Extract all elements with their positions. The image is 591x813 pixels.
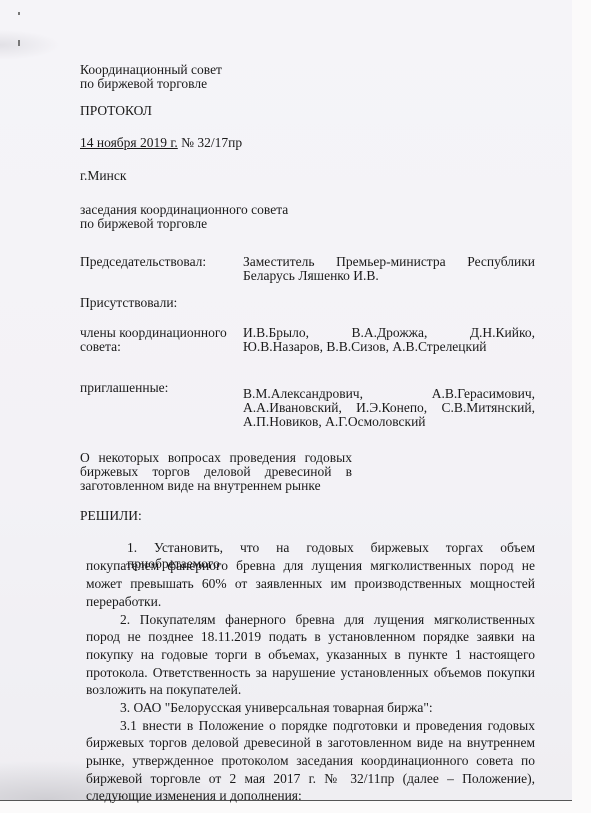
decision-line: протокола. Ответственность за нарушение … bbox=[86, 665, 535, 681]
topic-line3: заготовленном виде на внутреннем рынке bbox=[80, 478, 321, 494]
decision-heading: РЕШИЛИ: bbox=[80, 508, 142, 524]
decision-line: 2. Покупателям фанерного бревна для луще… bbox=[120, 612, 535, 628]
decision-line: покупку на годовые торги в объемах, указ… bbox=[86, 647, 535, 663]
decision-line: биржевых торгов деловой древесиной в заг… bbox=[86, 735, 535, 751]
doc-subject-line2: по биржевой торговле bbox=[80, 216, 207, 232]
chair-label: Председательствовал: bbox=[80, 254, 206, 270]
doc-city: г.Минск bbox=[80, 168, 126, 184]
decision-line: переработки. bbox=[86, 594, 161, 610]
decision-line: рынке, утвержденное протоколом заседания… bbox=[86, 753, 535, 769]
decision-line: возложить на покупателей. bbox=[86, 682, 241, 698]
doc-date-number: 14 ноября 2019 г. № 32/17пр bbox=[80, 135, 242, 151]
members-line2: Ю.В.Назаров, В.В.Сизов, А.В.Стрелецкий bbox=[243, 339, 487, 355]
doc-type: ПРОТОКОЛ bbox=[80, 103, 152, 119]
decision-line: 3.1 внести в Положение о порядке подгото… bbox=[120, 718, 535, 734]
scan-speck bbox=[18, 12, 20, 15]
chair-value-line2: Беларусь Ляшенко И.В. bbox=[243, 268, 379, 284]
present-label: Присутствовали: bbox=[80, 295, 177, 311]
staple-mark bbox=[18, 40, 20, 46]
document-page: Координационный совет по биржевой торгов… bbox=[0, 0, 572, 801]
doc-date: 14 ноября 2019 г. bbox=[80, 135, 178, 150]
decision-line: пород не позднее 18.11.2019 подать в уст… bbox=[86, 629, 535, 645]
decision-line: следующие изменения и дополнения: bbox=[86, 788, 302, 804]
decision-line: может превышать 60% от заявленных им про… bbox=[86, 576, 535, 592]
decision-line: биржевой торговле от 2 мая 2017 г. № 32/… bbox=[86, 771, 535, 787]
org-name-line2: по биржевой торговле bbox=[80, 76, 207, 92]
invited-line3: А.П.Новиков, А.Г.Осмоловский bbox=[243, 414, 426, 430]
invited-label: приглашенные: bbox=[80, 380, 168, 396]
members-label-line2: совета: bbox=[80, 339, 121, 355]
decision-line: покупателем фанерного бревна для лущения… bbox=[86, 558, 535, 574]
decision-line: 3. ОАО "Белорусская универсальная товарн… bbox=[120, 700, 433, 716]
doc-number: № 32/17пр bbox=[181, 135, 242, 150]
